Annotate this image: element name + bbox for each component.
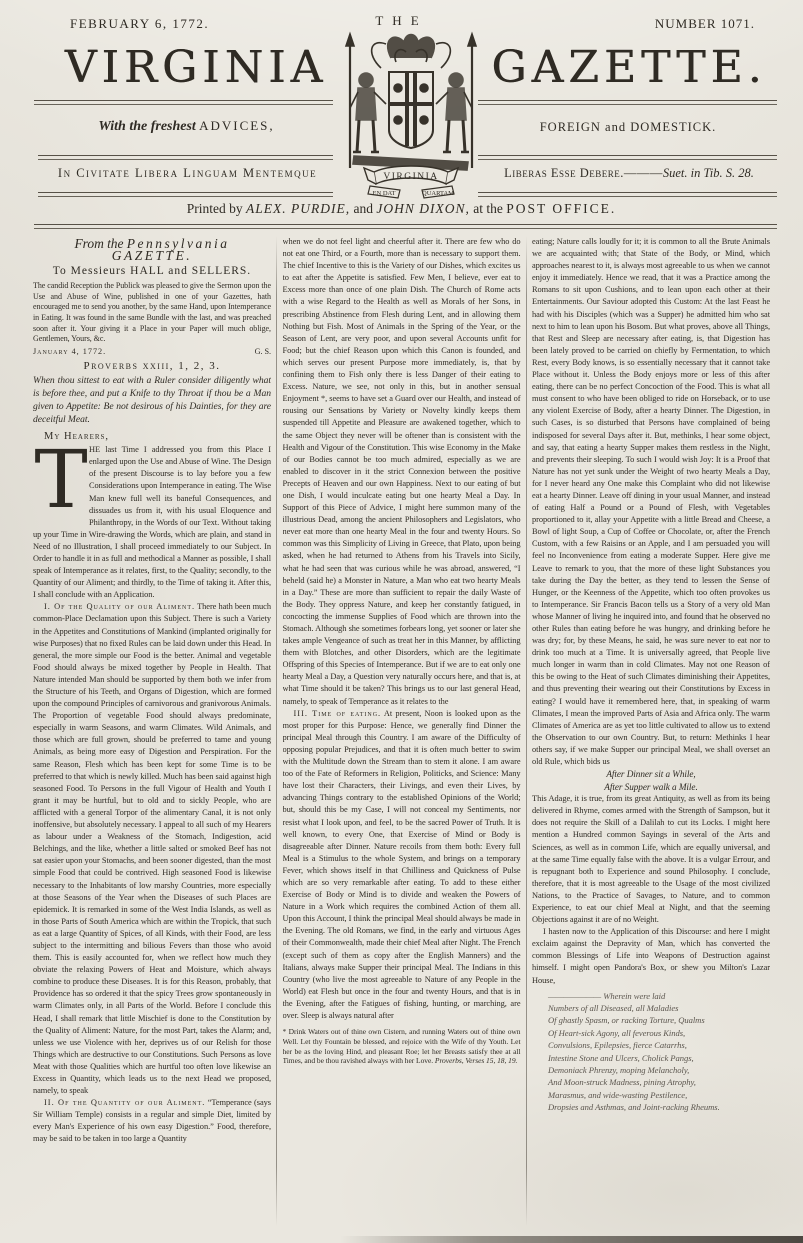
issue-number: NUMBER 1071. <box>655 16 755 32</box>
source-line: From the Pennsylvania GAZETTE. <box>33 238 271 262</box>
crest-shield <box>389 72 433 148</box>
advices-line: With the freshest ADVICES, <box>40 118 333 135</box>
milton-line: Numbers of all Diseased, all Maladies <box>548 1002 770 1014</box>
imprint-mid: and <box>350 201 376 216</box>
page-edge-smudge <box>340 1236 803 1243</box>
section-2-heading: II. Of the Quantity of our Aliment. <box>44 1098 205 1107</box>
section-1-text: There hath been much common-Place Declam… <box>33 602 271 1095</box>
source-name: Pennsylvania GAZETTE. <box>112 236 230 263</box>
crest-ribbon-virginia: VIRGINIA <box>383 172 438 182</box>
imprint-line: Printed by ALEX. PURDIE, and JOHN DIXON,… <box>0 201 803 217</box>
printer-purdie: ALEX. PURDIE, <box>246 201 350 216</box>
milton-line: Of ghastly Spasm, or racking Torture, Qu… <box>548 1014 770 1026</box>
milton-line: ——————— Wherein were laid <box>548 990 770 1002</box>
crest-ribbon-quartam: QUARTAM <box>422 190 454 197</box>
continuation-paragraph: eating; Nature calls loudly for it; it i… <box>532 236 770 768</box>
imprint-suffix: at the <box>470 201 506 216</box>
title-virginia: VIRGINIA <box>52 42 340 93</box>
milton-quotation: ——————— Wherein were laid Numbers of all… <box>532 990 770 1114</box>
advices-script: With the freshest <box>98 119 196 134</box>
milton-line: Convulsions, Epilepsies, fierce Catarrhs… <box>548 1039 770 1051</box>
crest-supporter-right <box>436 73 472 152</box>
milton-line: And Moon-struck Madness, pining Atrophy, <box>548 1076 770 1088</box>
crest-ribbon-en-dat: EN DAT <box>373 190 396 197</box>
salutation: My Hearers, <box>33 431 271 443</box>
application-paragraph: I hasten now to the Application of this … <box>532 926 770 986</box>
masthead: FEBRUARY 6, 1772. THE NUMBER 1071. VIRGI… <box>0 0 803 237</box>
section-1-heading: I. Of the Quality of our Aliment. <box>44 602 195 611</box>
virginia-coat-of-arms-icon: VIRGINIA EN DAT QUARTAM <box>336 28 486 200</box>
section-3-heading: III. Time of eating. <box>294 709 382 718</box>
adage-verse-line-2: After Supper walk a Mile. <box>532 781 770 794</box>
letter-date: January 4, 1772. <box>33 346 106 358</box>
adage-verse-line-1: After Dinner sit a While, <box>532 768 770 781</box>
motto-dash: ——— <box>624 166 663 180</box>
letter-to-printers: The candid Reception the Publick was ple… <box>33 281 271 345</box>
drop-cap: T <box>33 444 89 520</box>
section-1-paragraph: I. Of the Quality of our Aliment. There … <box>33 601 271 1097</box>
column-2: when we do not feel light and cheerful a… <box>283 236 521 1238</box>
motto-citation: Suet. in Tib. S. 28. <box>663 166 754 180</box>
footnote-citation: Proverbs, Verses 15, 18, 19. <box>435 1056 517 1065</box>
foreign-domestick-line: FOREIGN and DOMESTICK. <box>478 120 778 135</box>
milton-line: Marasmus, and wide-wasting Pestilence, <box>548 1089 770 1101</box>
rule <box>34 100 333 105</box>
crest-supporter-left <box>350 73 386 152</box>
title-gazette: GAZETTE. <box>468 42 790 93</box>
latin-motto-left: In Civitate Libera Linguam Mentemque <box>40 166 335 181</box>
latin-motto-right: Liberas Esse Debere.———Suet. in Tib. S. … <box>470 166 788 181</box>
imprint-prefix: Printed by <box>187 201 246 216</box>
section-3-paragraph: III. Time of eating. At present, Noon is… <box>283 708 521 1022</box>
section-2-paragraph: II. Of the Quantity of our Aliment. “Tem… <box>33 1097 271 1145</box>
continuation-paragraph: when we do not feel light and cheerful a… <box>283 236 521 708</box>
advices-caps: ADVICES, <box>199 118 275 133</box>
rule <box>478 155 777 160</box>
post-office-label: POST OFFICE. <box>506 201 616 216</box>
rule <box>38 192 333 197</box>
article-body: From the Pennsylvania GAZETTE. To Messie… <box>33 236 770 1238</box>
column-divider <box>526 236 527 1226</box>
rule <box>38 155 333 160</box>
section-3-text: At present, Noon is looked upon as the m… <box>283 709 521 1020</box>
motto-text: Liberas Esse Debere. <box>504 166 624 180</box>
footnote: * Drink Waters out of thine own Cistern,… <box>283 1027 521 1066</box>
newspaper-page: FEBRUARY 6, 1772. THE NUMBER 1071. VIRGI… <box>0 0 803 1243</box>
column-divider <box>276 236 277 1226</box>
column-3: eating; Nature calls loudly for it; it i… <box>532 236 770 1238</box>
adage-paragraph: This Adage, it is true, from its great A… <box>532 793 770 926</box>
milton-line: Demoniack Phrenzy, moping Melancholy, <box>548 1064 770 1076</box>
milton-line: Dropsies and Asthmas, and Joint-racking … <box>548 1101 770 1113</box>
letter-initials: G. S. <box>255 346 271 358</box>
milton-line: Intestine Stone and Ulcers, Cholick Pang… <box>548 1052 770 1064</box>
column-1: From the Pennsylvania GAZETTE. To Messie… <box>33 236 271 1238</box>
paragraph-intro: THE last Time I addressed you from this … <box>33 444 271 601</box>
scripture-heading: Proverbs xxiii, 1, 2, 3. <box>33 360 271 372</box>
milton-line: Of Heart-sick Agony, all feverous Kinds, <box>548 1027 770 1039</box>
letter-dateline: January 4, 1772. G. S. <box>33 346 271 358</box>
addressee-line: To Messieurs HALL and SELLERS. <box>33 265 271 277</box>
scripture-quote: When thou sittest to eat with a Ruler co… <box>33 374 271 426</box>
printer-dixon: JOHN DIXON, <box>376 201 470 216</box>
rule <box>478 100 777 105</box>
rule <box>478 192 777 197</box>
rule <box>34 224 777 229</box>
